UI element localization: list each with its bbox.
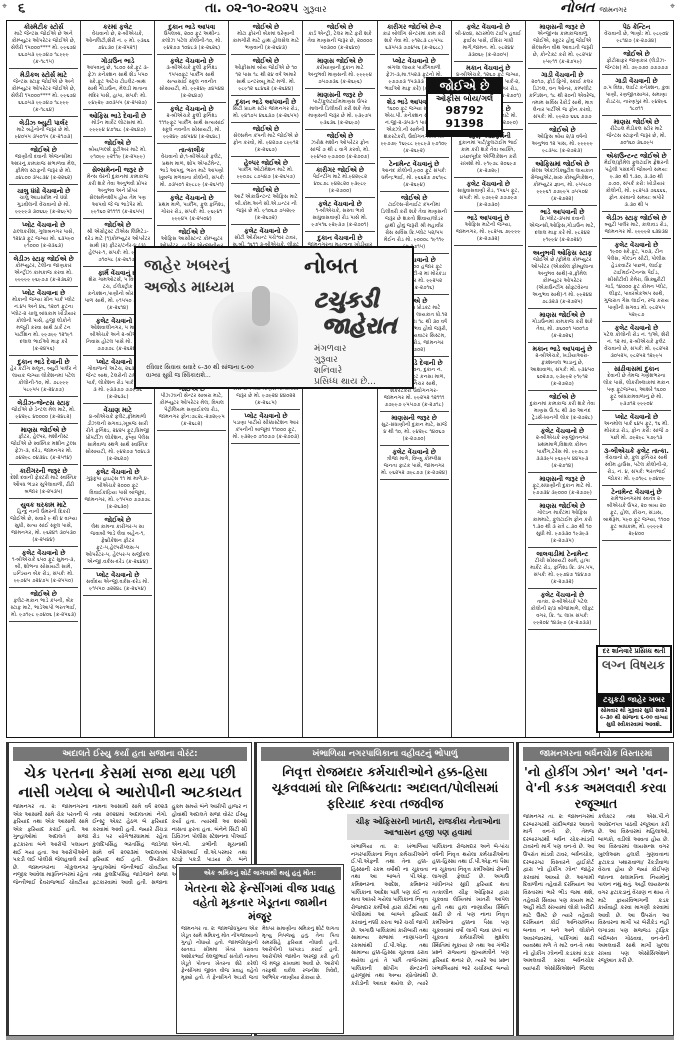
ad-title: લેડીઝ બ્યુટી પાર્લર xyxy=(10,119,77,127)
story-headline: ખેતરના શેઢે ફેન્સીંગમાં વીજ પ્રવાહ વહેતો… xyxy=(177,882,343,924)
classified-ad: સેલ્સમેનની જરૂર છેમેન્સ વેરની દુકાનમાં ક… xyxy=(83,164,152,219)
classified-ad: અનુભવી ઓફિસ સ્ટાફજોઈએ છે /ફીમેલ કોમ્પ્યુ… xyxy=(528,247,597,309)
ad-title: કારીગર જોઈએ છે xyxy=(306,166,373,174)
ad-text: ઝરોક્ષ મશીન ઓપરેટર ફોન સાંજે ૭ થી ૮ વાગે… xyxy=(306,140,373,161)
ad-text: ૩-બીએચકે ફુલી ફર્નિશ્ડ ૧૫૫૦ફૂટ પાર્કીંગ … xyxy=(158,65,225,100)
story-kicker: અદાલતે ઈસ્યુ કર્યા હતા સજાના વોરંટ: xyxy=(13,747,247,761)
ad-text: સેલ્સમેન કંપની માટે જોઈએ છે ફોન કરવો, મો… xyxy=(232,133,299,154)
wanted-phone: 98792 91398 xyxy=(428,104,501,130)
classified-ad: ટેનામેન્ટ વેંચવાનું છેરામેશ્વરનગરમાં સ્વ… xyxy=(602,486,671,541)
classified-ad: માણસ જોઈએ છેગોલ્ડન માર્કેટમાં ઓફિસ કામમા… xyxy=(528,500,597,548)
classified-ad: માણસ જોઈએ છેરીટેઇલ મેડીકલ સ્ટોર માટે જેન… xyxy=(602,116,671,150)
ad-text: ૨૦૧૭, ફોર્ડ ફિગો, સ્કાઈ કલર ડિઝલ, વન ઓનર… xyxy=(529,79,596,121)
classified-ad: પ્લોટ વેંચવાનો છેપડાણા પાટીયે સીક્કાસ્ટે… xyxy=(231,410,300,444)
classified-ad: મકાન ભાડે આપવાનું છે૨-બીએચકે, ખડીયાઆરા-ફ… xyxy=(528,343,597,391)
classified-ad: જોઈએ છેટાઈલ્સ-ગ્રેનાઈટ કંપનીમાં ડિલીવરી … xyxy=(380,192,449,254)
ad-text: પાર્કીંગ ઓટોમેશન માટે મો. ૯૯૦૭૮ ૮૭૫૪૭ (ક… xyxy=(232,167,299,181)
ad-text: દેવાની છે તેમજ ગણેશભરના લોક પાસે, લોકરીબ… xyxy=(603,373,670,408)
classified-ad: જોઈએ છેકાર્ડ એન્ટ્રી, ટેલર માટે ફરી શકે … xyxy=(305,21,374,55)
ad-title: મકાન વેંચવાનું છે xyxy=(455,64,522,72)
edition-label: જામનગર xyxy=(599,6,627,14)
classified-ad: જોઈએ છેપીઝ્ઝાની સેન્ટર સાબરા માટે, કોમ્પ… xyxy=(157,383,226,431)
news-story-no-hawking: જામનગરના બર્ધનચોક વિસ્તારમાં 'નો હોકીંગ … xyxy=(516,742,674,1036)
ad-title: લેડીઝ-જેન્ટસ સ્ટાફ xyxy=(10,399,77,407)
classified-ad: ગોડાઉન ભાડેઆપવાનું છે, ૧૮૦૦ સ્કે.ફૂટ ૩-ફ… xyxy=(83,55,152,110)
classified-ad: એકાઉન્ટન્ટ જોઈએ છેમેઈલ/ફીમેલ ફુલટાઈમ ફ્ર… xyxy=(602,150,671,212)
classified-ad: ફલેટ વેંચવાનો છે૩-બીએચકે ફુલી ફર્નિશ્ડ ૧… xyxy=(157,55,226,103)
ad-text: ફૂટ,સંધાણીની દુકાન માટે મો. ૯૭૭૩૪ ૩૯૦૦૦ … xyxy=(529,483,596,497)
ad-text: દુકાનમાં પાર્ટ/ફુલટાઈમ ભાઈ કામ કરી શકે ત… xyxy=(455,140,522,175)
ad-title: ઓફિસ ભાડે દેવાની છે xyxy=(84,112,151,120)
ad-text: રીટેઇલ મેડીકલ સ્ટોર માટે જેન્ટસ સ્ટાફની … xyxy=(603,126,670,147)
ad-text: હેર કટીંગ સલૂન, બ્યુટી પાર્લર ને લાયક જગ… xyxy=(10,366,77,394)
ad-title: ઓફિસમાં જોઈએ છે xyxy=(529,160,596,168)
ad-text: જોઈએ છે ડેન્ટલ મેલ માટે, મો. ૯૪૨૯૮ ૪૦૦૦૦… xyxy=(10,407,77,421)
ad-text: વેંચવાનો છે, ૨-બીએચકે, ઓનલિટી,શેરી નં. ૯… xyxy=(84,31,151,52)
footer-rule xyxy=(6,1036,674,1040)
ad-text: બ્યુટી પાર્લર માટે, કાલાવડ રોડ, જામનગર મ… xyxy=(603,222,670,236)
ad-title: જોઈએ છે xyxy=(10,590,77,598)
ad-title: સાંઢીવાસમાં દુકાન xyxy=(603,365,670,373)
ad-title: માણસની જરૂર છે xyxy=(529,475,596,483)
ad-text: ફીટર, હેલ્પર, મશીનીસ્ટ જોઈએ છે સ્વસ્તિક … xyxy=(10,434,77,462)
story-kicker: ખંભાળિયા નગરપાલિકાના વહીવટનું ભોપાળું xyxy=(261,747,509,761)
ad-title: ૩-બીએચકે ફલેટ તાત્કા. xyxy=(603,447,670,455)
classified-ad: પેઠ કેન્ટિનવેંચવાની છે, ભાણો: મો. ૯૮૯૦૪ … xyxy=(602,21,671,48)
ad-text: આપવાનું છે, ૧૮૦૦ સ્કે.ફૂટ ૩-ફેઝ કનેક્શન … xyxy=(84,65,151,107)
ad-title: જોઈએ છે xyxy=(603,50,670,58)
ad-title: પ્લોટ વેંચવાનો છે xyxy=(84,571,151,579)
registration-mark-icon: ⌖ xyxy=(2,2,7,12)
ad-text: ૧-બીએચકે, સસ્તા ભાવે સાધુવાસવાણી રોડ પાસ… xyxy=(306,208,373,229)
classified-ad: વેંચાણ માટે૪-બીએચકે ફલેટ,ફીમમાળો ડીઝલની … xyxy=(83,404,152,466)
ad-text: વેંચવાનો છે,૧-બીએચકે ફલેટ, પ્રથમ માળ, શો… xyxy=(158,154,225,189)
ad-text: બી-૪૦૪, સ્ટારમોલ ટાઈપ હવાઈ ફાઈસ પાસે, ઈં… xyxy=(455,31,522,59)
classified-ad: જોઈએ છેઆર્ટ એકાઉન્ટન્ટ ઓફિસ માટે બી.કોમ.… xyxy=(231,184,300,225)
classified-ad: લેડીઝ સ્ટાફ જોઈએ છેકોમ્પ્યુટર, ટેલીના જા… xyxy=(9,253,78,287)
ad-text: જેન્ટસ સ્ટાફ જોઈએ છે અને કોમ્પ્યુટર ઓપરે… xyxy=(10,79,77,114)
ad-title: એકાઉન્ટન્ટ જોઈએ છે xyxy=(603,152,670,160)
classified-ad: પ્લોટ વેંચવાનો છેઅનમોલ પાર્ક ૬૪૫ ફૂટ, ૧૬… xyxy=(602,411,671,445)
issue-date: તા. ૦૨-૧૦-૨૦૨૫ ગુરૂવાર xyxy=(205,1,327,16)
ad-title: જોઈએ છે xyxy=(529,393,596,401)
ad-text: ત્રીજા માળે, વિષ્ણુ કોમ્પ્લેક્ષ જનતા ફાટ… xyxy=(381,456,448,477)
ad-title: માણસ જોઈએ છે xyxy=(529,311,596,319)
ad-title: પ્લોટ વેંચવાના છે xyxy=(10,289,77,297)
ad-title: માણસ જોઈએ છે xyxy=(306,57,373,65)
ad-text: જાણીતી દવાની એજન્સીમાં અંદરનું કામકાજ સં… xyxy=(10,154,77,182)
ad-text: કરીયાણાની દુકાન માટે અનુભવી માણસની મો. ૯… xyxy=(306,65,373,86)
classified-ad: જોઈએ છેસેલ્સમેન કંપની માટે જોઈએ છે ફોન ક… xyxy=(231,123,300,157)
classified-column: પેઠ કેન્ટિનવેંચવાની છે, ભાણો: મો. ૯૮૯૦૪ … xyxy=(600,21,673,737)
ad-title: યુવક ઘરકામ માટે xyxy=(10,501,77,509)
ad-text: સર્વોદય એન્જી.વર્કસ-દરેડ મો. ૯૧૫૫૦ ૭૨૨૪૮… xyxy=(84,579,151,593)
ad-title: ભાડે આપવાનું છે xyxy=(455,214,522,222)
day-4: પ્રસિધ્ધ થાય છે... xyxy=(314,377,376,388)
matrimonial-note: સોમવાર થી ગુરૂવાર સુધી સવારે ૯-૩૦ થી સાં… xyxy=(598,707,670,730)
ad-text: ૭.૫ વિઘા, લાઈટ કનેક્શન, કુવા પાણી, રણજીત… xyxy=(603,85,670,113)
ad-text: ઢાલ્લકરીશ, ગુલાબનગર પાસે, ૧૨૪૩ ફૂટ જગ્યા… xyxy=(10,229,77,250)
classified-ad: લેડીઝ-જેન્ટસ સ્ટાફજોઈએ છે ડેન્ટલ મેલ માટ… xyxy=(9,397,78,424)
classified-ad: માણસની જરૂર છેપાર્ટ/ફુલટાઈમમાણસ ઉપર માલન… xyxy=(305,89,374,130)
ad-text: ૪-બીએચકે ફલેટ,ફીમમાળો ડીઝલની સગવડ,ખૂબજ સ… xyxy=(84,414,151,463)
classified-ad: માણસની જરૂર છેફૂટ,સંધાણીની દુકાન માટે મો… xyxy=(528,473,597,500)
ad-title: જોઈએ છે xyxy=(381,194,448,202)
page-header: ⌖ ૬ તા. ૦૨-૧૦-૨૦૨૫ ગુરૂવાર નોબત જામનગર ⌖ xyxy=(0,0,680,20)
ad-text: ૨-બીએચકે ફુલી ફર્નિશ્ડ ૧૧૧૯ફૂટ પાર્કીંગ … xyxy=(158,113,225,141)
classified-ad: માણસની જરૂર છેએન્જીન્સ કામકાજવાળું જોઈએ,… xyxy=(528,21,597,69)
ad-text: માટે જેન્ટસ જોઈએ છે અને કોમ્પ્યુટર ઓપરેટ… xyxy=(10,31,77,66)
ad-title: દુકાન વેંચવાની છે xyxy=(306,234,373,242)
ad-title: જોઈએ છે xyxy=(232,186,299,194)
promo-line-1: જાહેર ખબરનું xyxy=(144,256,230,274)
ad-title: જોઈએ છે xyxy=(232,57,299,65)
ad-text: ગોડાઉનમાં કામકાજ કરી શકે તેવા, મો. ૭૬૦૦૧… xyxy=(529,319,596,340)
ad-text: ટાઈલ્સ-ગ્રેનાઈટ કંપનીમાં ડિલીવરી કરી શકે… xyxy=(381,202,448,251)
promo-title-2: જાહેરાત xyxy=(322,314,396,339)
ad-title: જોઈએ છે xyxy=(84,221,151,229)
classified-ad: ભાડે આપવાની છેક્રિ.પ્લોટ-૩૫માં દવાની એજન… xyxy=(528,206,597,247)
ad-text: ક્રિ.પ્લોટ-૩૫માં દવાની એજન્સી,ઓફિસ,ગોડાઉ… xyxy=(529,216,596,244)
classified-ad: ટેનામેન્ટ વેંચવાનું છેઆનંદ કોલોની,૯૦૦ ફૂ… xyxy=(380,158,449,192)
classified-ad: ફલેટ વેંચવાનો છે૧-બીએચકે, સસ્તા ભાવે સાધ… xyxy=(305,198,374,232)
classified-ad: ફલેટ વેંચવાનો છેપ્રથમ માળે, પાર્કીંગ, ફુ… xyxy=(157,192,226,226)
classified-ad: કરમાં ફલેટવેંચવાનો છે, ૨-બીએચકે, ઓનલિટી,… xyxy=(83,21,152,55)
ad-text: આર્ટ એકાઉન્ટન્ટ ઓફિસ માટે બી.કોમ.અને સી.… xyxy=(232,194,299,222)
date-text: તા. ૦૨-૧૦-૨૦૨૫ xyxy=(205,1,298,16)
ad-title: જોઈએ છે xyxy=(84,516,151,524)
story-body: જામનગર તા. ૨: જામજોધપુરના એક ખેડૂત સામે … xyxy=(177,924,343,984)
ad-title: લેડીઝ સ્ટાફ જોઈએ છે xyxy=(10,255,77,263)
classified-ad: દુકાન ભાડે આપવાઉપલબ્ધ, ૨૦૦ ફૂટ અથીન્ડ કલ… xyxy=(157,21,226,55)
wanted-box: જોઈએ છે ઓફીસ બોય/ગર્લ 98792 91398 xyxy=(426,77,503,137)
ad-title: માણસ જોઈએ છે xyxy=(529,502,596,510)
classified-ad: હેલ્પર જોઈએ છેપાર્કીંગ ઓટોમેશન માટે મો. … xyxy=(231,157,300,184)
ad-title: દુકાન ભાડે આપવા xyxy=(158,23,225,31)
ad-title: ફલેટ વેંચવાનો છે xyxy=(455,23,522,31)
ad-title: ફલેટ વેંચવાનો છે xyxy=(232,227,299,235)
ad-text: માટે બહેનોની જરૂર છે મો. ૯૪૦૫૫ ૩૫૦૧૫ (ક્… xyxy=(10,127,77,141)
matrimonial-box: દર શનિવારે પ્રસિધ્ધ થતી લગ્ન વિષયક ટચુકડ… xyxy=(596,645,672,733)
ad-text: મોટા ફોરની બેંકમાં ઘરેણાની કામગીરી માટે … xyxy=(232,31,299,52)
ad-title: મકાન ભાડે આપવાનું છે xyxy=(529,345,596,353)
ad-title: પ્લોટ વેંચવાનો છે xyxy=(232,412,299,420)
ad-title: ફલેટ વેંચવાનો છે xyxy=(529,427,596,435)
ad-title: પ્લોટ વેંચવાનો છે xyxy=(10,221,77,229)
ad-title: કારીગરની જરૂર છે xyxy=(10,467,77,475)
ad-text: કોમ્પ્યુટર, ટેલીના જાણકાર એન્ટ્રીઝ કામકા… xyxy=(10,263,77,284)
classified-ad: પ્લોટ વેંચવાનો છેઢાલ્લકરીશ, ગુલાબનગર પાસ… xyxy=(9,219,78,253)
classified-ad: દુકાન ભાડે આપવાની છેસિટી પ્રાઇમ સ્ટોર જા… xyxy=(231,96,300,123)
classified-ad: જોઈએ છેફલેટ-મકાન ભાડે કંપની, બેંક સ્ટાફ … xyxy=(9,588,78,622)
ad-title: અનુભવી ઓફિસ સ્ટાફ xyxy=(529,249,596,257)
classified-ad: ૩-બીએચકે ફલેટ તાત્કા.વેંચવાનો છે, ફુલ ફર… xyxy=(602,445,671,486)
promo-line-2: અજોડ માધ્યમ xyxy=(144,278,234,296)
ad-text: આનંદ કોલોની,૯૦૦ ફૂટ સંપર્ક: ધર્મેન્દ્રભા… xyxy=(381,168,448,189)
promo-days: મંગળવાર ગુરૂવાર શનિવારે પ્રસિધ્ધ થાય છે.… xyxy=(314,344,376,388)
matrimonial-band: ટચુકડી જાહેર ખબર xyxy=(598,693,670,707)
ad-title: ટેનામેન્ટ વેંચવાનું છે xyxy=(603,488,670,496)
ad-text: કાર્ડ એન્ટ્રી, ટેલર માટે ફરી શકે તેવા મા… xyxy=(306,31,373,52)
classified-ad: ફલેટ વેંચવાનો છેત્રીજા માળે, વિષ્ણુ કોમ્… xyxy=(380,446,449,480)
ad-text: મેન્સ વેરની દુકાનમાં કામકાજ કરી શકે તેવા… xyxy=(84,174,151,216)
ad-text: વેંચવાની છે, ભાણો: મો. ૯૮૯૦૪ ૯૮૧૪૭ (ક્ર-… xyxy=(603,31,670,45)
ad-title: ફલેટ વેંચવાનો છે xyxy=(381,448,448,456)
classified-ad: માણસ જોઈએ છેગોડાઉનમાં કામકાજ કરી શકે તેવ… xyxy=(528,309,597,343)
ad-text: ઓફિસ માટેની જગ્યા, જામનગર, મો. ૯૮૨૫૬ ૭૯૯… xyxy=(455,222,522,243)
classified-ad: માણસની જરૂર છેસુટ-સંધાણીની દુકાન માટે, સ… xyxy=(380,412,449,446)
ad-text: ઉપલબ્ધ, ૨૦૦ ફૂટ અથીન્ડ કલોઝ પટેલ કોલોની-… xyxy=(158,31,225,52)
classified-ad: યુવક ઘરકામ માટેહિન્દુ નાની ઉંમરની દિકરી … xyxy=(9,499,78,547)
ad-title: ફલેટ વેંચવાનો છે xyxy=(603,324,670,332)
ad-title: ટેનામેન્ટ વેંચવાનું છે xyxy=(381,160,448,168)
ad-title: લાલવાડીમાં ટેનામેન્ટ xyxy=(529,550,596,558)
ad-text: પડાણા પાટીયે સીક્કાસ્ટેશન આર કંપનીની બાજ… xyxy=(232,420,299,441)
classified-ad: ફલેટ વેંચવાનો છે૨-બીએચકે રણજીતનગર પ્રથમમ… xyxy=(528,425,597,473)
classified-ad: જોઈએ છેઝરોક્ષ મશીન ઓપરેટર ફોન સાંજે ૭ થી… xyxy=(305,130,374,164)
classified-ad: ઓફિસમાં જોઈએ છેસેલ્સ એક્ઝીક્યુટીવ લાયકાત… xyxy=(528,158,597,206)
story-kicker: જામનગરના બર્ધનચોક વિસ્તારમાં xyxy=(523,747,669,761)
thumbs-up-icon xyxy=(212,292,298,372)
ad-text: સેલ્સ એક્ઝીક્યુટીવ લાયકાત ગ્રેજ્યુએટ,સાર… xyxy=(529,168,596,203)
classified-ad: જોઈએ છેફોટોગ્રાફર જાણકાર (લેડીઝ-જેન્ટસ) … xyxy=(602,48,671,75)
classified-column: માણસની જરૂર છેએન્જીન્સ કામકાજવાળું જોઈએ,… xyxy=(526,21,600,737)
ad-text: ગોલ્ડન માર્કેટમાં ઓફિસ કામમાટે, ફુલટાઈમ … xyxy=(529,510,596,545)
ad-text: દેશી દવાની ફેક્ટરી માટે સ્વસ્તિક ઔષધ ભંડ… xyxy=(10,475,77,496)
ad-title: જોઈએ છે xyxy=(529,126,596,134)
classified-ad: માણસ જોઈએ છેકરીયાણાની દુકાન માટે અનુભવી … xyxy=(305,55,374,89)
ad-title: દુકાન ભાડે આપવાની છે xyxy=(232,98,299,106)
ad-title: ફલેટ વેંચવાનો છે xyxy=(84,468,151,476)
classified-ad: જોઈએ છેલેથ કામના કારીગર-૫ સા જવાબી ભાડે … xyxy=(83,514,152,569)
ad-title: જોઈએ છે xyxy=(84,139,151,147)
ad-title: મેડીકલ સ્ટોર્સ માટે xyxy=(10,71,77,79)
logo-text: નોબત xyxy=(560,0,594,16)
ad-text: કાઢ બોલીંગ સેન્ટરમાં કામ કરી શકે તેવા મો… xyxy=(381,31,448,52)
ad-title: ફલેટ વેંચવાનો છે xyxy=(455,180,522,188)
ad-title: સેલ્સમેનની જરૂર છે xyxy=(84,166,151,174)
ad-title: ફલેટ વેંચવાનો છે xyxy=(603,241,670,249)
ad-title: દુકાન ભાડે દેવાની છે xyxy=(10,358,77,366)
classified-ad: કોસ્મેટીક સ્ટોર્સમાટે જેન્ટસ જોઈએ છે અને… xyxy=(9,21,78,69)
promo-title-1: ટચુકડી xyxy=(314,288,378,313)
masthead-logo: નોબત જામનગર xyxy=(560,0,627,16)
classified-ad: કારીગરની જરૂર છેદેશી દવાની ફેક્ટરી માટે … xyxy=(9,465,78,499)
ad-text: પ્રથમ માળે, પાર્કીંગ, ફુલ ફર્નિશ્ડ, ગોરા… xyxy=(158,202,225,223)
ad-title: પ્લોટ વેંચવાનો છે xyxy=(603,413,670,421)
ad-text: સુટ-સંધાણીની દુકાન માટે, સાંજે ૪ થી ૧૦, … xyxy=(381,422,448,443)
day-2: ગુરૂવાર xyxy=(314,355,376,366)
story-subhead: ચીફ ઓફિસરની ખાતરી, રાજકીય નેતાઓના આશ્વાસ… xyxy=(347,814,509,840)
classified-ad: પ્લોટ વેંચવાના છેમોકાની જગ્યા ગ્રીન પાર્… xyxy=(9,287,78,356)
ad-title: જોઈએ છે xyxy=(232,23,299,31)
classified-ad: તાત્કાલીકવેંચવાનો છે,૧-બીએચકે ફલેટ, પ્રથ… xyxy=(157,144,226,192)
ad-title: ફલેટ વેંચવાનો છે xyxy=(158,194,225,202)
ad-text: પેઈન્ટીંગ માટે મો.૯૪૨૯૮૨ ૪૦૮૭૮ ૯૪૨૮૨૦ ૯૩… xyxy=(306,174,373,195)
ad-title: કરમાં ફલેટ xyxy=(84,23,151,31)
ad-title: ચાલુ ધંધો વેંચવાનો છે xyxy=(10,187,77,195)
ad-text: ચાલુ આઇસ્ક્રીમ નો ધંધો ગુડવીલની વેંચવાનો… xyxy=(10,195,77,216)
wanted-title: જોઈએ છે xyxy=(426,79,503,94)
classified-ad: ફલેટ વેંચવાનો છે૧-બીએચકે ૬૫૦ ફૂટ સુમન-૩,… xyxy=(9,547,78,588)
ad-text: દુકાનમાં કામકાજ કરી શકે તેવા માણસ ઉ.૧૮ થ… xyxy=(529,401,596,422)
ad-title: ફલેટ વેંચવાનો છે xyxy=(306,200,373,208)
ad-text: સિટી પ્રાઇમ સ્ટોર જામનગર રોડ, મો. ૯૪૧૭૫ … xyxy=(232,106,299,120)
classified-ad: ફલેટ વેંચવાનો છેસાધુવાસવાણી રોડ, ૧૫૬૫ ફૂ… xyxy=(454,178,523,212)
classified-ad: જોઈએ છેજાણીતી દવાની એજન્સીમાં અંદરનું કા… xyxy=(9,144,78,185)
ad-title: માણસ જોઈએ છે xyxy=(10,426,77,434)
ad-title: જોઈએ છે xyxy=(306,132,373,140)
day-1: મંગળવાર xyxy=(314,344,376,355)
story-body: ખંભાળિયા તા. ૨: ખંભાળિયા નગરપાલિકાના નિવ… xyxy=(347,842,513,990)
classified-ad: ભાડે આપવાનું છેઓફિસ માટેની જગ્યા, જામનગર… xyxy=(454,212,523,246)
ad-text: ઓફીસમાં બોય જોઈએ છે ૧૦ ૧૨ પાસ ૧૮ થી ૨૪ વ… xyxy=(232,65,299,93)
ad-text: પટેલ કોલોની રોડ નં. ૧/એ, શેરી નં. ૧૨ માં… xyxy=(603,332,670,360)
promo-note: રવિવાર સિવાય સવારે ૯-૩૦ થી સાંજના ૬-૦૦ વ… xyxy=(146,364,256,380)
nobat-promo-box: જાહેર ખબરનું અજોડ માધ્યમ નોબત ટચુકડી જાહ… xyxy=(134,246,414,389)
ad-title: માણસ જોઈએ છે xyxy=(603,118,670,126)
ad-title: માણસની જરૂર છે xyxy=(381,414,448,422)
ad-title: જોઈએ છે xyxy=(158,228,225,236)
ad-text: પાર્ટ/ફુલટાઈમમાણસ ઉપર માલની ડિલીવરી કરી … xyxy=(306,99,373,127)
weekday: ગુરૂવાર xyxy=(303,5,327,15)
ad-text: તાત્કા. ૨-બીએચકે પટેલ કોલોની ૨/૩ બીજામાળ… xyxy=(529,599,596,627)
classified-ad: જોઈએ છેઓફીસમાં બોય જોઈએ છે ૧૦ ૧૨ પાસ ૧૮ … xyxy=(231,55,300,96)
ad-text: ફલેટ-મકાન ભાડે કંપની, બેંક સ્ટાફ માટે, ભ… xyxy=(10,598,77,619)
classified-ad: ફલેટ વેંચવાનો છે૨-બીએચકે ફુલી ફર્નિશ્ડ ૧… xyxy=(157,103,226,144)
ad-title: જોઈએ છે xyxy=(232,125,299,133)
story-headline: ચેક પરતના કેસમાં સજા થયા પછી નાસી ગયેલા … xyxy=(9,764,251,802)
ad-text: ૧૯૦૦ સ્કે.ફૂટ, ૫૦૩, ટીન પેલેસ, ગોલ્ડન સી… xyxy=(603,249,670,319)
classified-ad: ગાડી વેંચવાની છે૨૦૧૭, ફોર્ડ ફિગો, સ્કાઈ … xyxy=(528,69,597,124)
ad-title: પેઠ કેન્ટિન xyxy=(603,23,670,31)
ad-text: બોય/ગર્લ્સ ફૂટીઅર માટે મો. ૯૧૦૯૯ ૯૨૧૧૯ (… xyxy=(84,147,151,161)
ad-text: જોઈએ છે /ફીમેલ કોમ્પ્યુટર ઓપરેટર (એક્સેલ… xyxy=(529,257,596,306)
classified-ad: મેડીકલ સ્ટોર્સ માટેજેન્ટસ સ્ટાફ જોઈએ છે … xyxy=(9,69,78,117)
ad-text: ફોટોગ્રાફર જાણકાર (લેડીઝ-જેન્ટસ) મો. ૭૯૭… xyxy=(603,58,670,72)
ad-title: ભાડે આપવાની છે xyxy=(529,208,596,216)
classified-ad: ફલેટ વેંચવાનો છેબી-૪૦૪, સ્ટારમોલ ટાઈપ હવ… xyxy=(454,21,523,62)
ad-text: વેંચવાનો છે, ફુલ ફર્નિચર સાથે સ્વીમ હાઉસ… xyxy=(603,455,670,483)
matrimonial-title: લગ્ન વિષયક xyxy=(598,657,670,693)
classified-ad: ઓફિસ ભાડે દેવાની છેમોર્ડન માર્કેટ લોટસમા… xyxy=(83,110,152,137)
ad-title: ગોડાઉન ભાડે xyxy=(84,57,151,65)
classified-ad: ફલેટ વેંચવાનો છેપટેલ કોલોની રોડ નં. ૧/એ,… xyxy=(602,322,671,363)
ad-text: હિન્દુ નાની ઉંમરની દિકરી જોઈએ છે, સવારે … xyxy=(10,509,77,544)
classified-ad: લેડીઝ બ્યુટી પાર્લરમાટે બહેનોની જરૂર છે … xyxy=(9,117,78,144)
ad-title: હેલ્પર જોઈએ છે xyxy=(232,159,299,167)
ad-title: માણસની જરૂર છે xyxy=(306,91,373,99)
classified-ad: જોઈએ છેબોય/ગર્લ્સ ફૂટીઅર માટે મો. ૯૧૦૯૯ … xyxy=(83,137,152,164)
ad-text: એન્જીન્સ કામકાજવાળું જોઈએ, સ્કૂટર હોવું … xyxy=(529,31,596,66)
ad-text: અનમોલ પાર્ક ૬૪૫ ફૂટ, ૧૬ મી. મોરકંડા રોડ,… xyxy=(603,421,670,442)
ad-title: લેડીઝ સ્ટાફ જોઈએ છે xyxy=(603,214,670,222)
day-3: શનિવારે xyxy=(314,366,376,377)
ad-title: વેંચાણ માટે xyxy=(84,406,151,414)
ad-title: માણસની જરૂર છે xyxy=(529,23,596,31)
classified-ad: જરૂર, આર્ટફર્મનીદુકાનમાં પાર્ટ/ફુલટાઈમ ભ… xyxy=(454,130,523,178)
ad-text: રામેશ્વરનગરમાં સ્વતંત્ર ૨-બીએચકે ઉપર, ૨૦… xyxy=(603,496,670,538)
ad-title: કારીગર જોઈએ છે-૨ xyxy=(381,23,448,31)
ad-text: ૨-બીએચકે, ખડીયાઆરા-ફંક્શનાલ ભાડાનું છે, … xyxy=(529,353,596,388)
classified-ad: ફલેટ વેંચવાનો છેગુરૂકૃપા હાઇટ્સ ૧૧ માં મ… xyxy=(83,466,152,514)
wanted-role: ઓફીસ બોય/ગર્લ xyxy=(428,94,501,104)
ad-title: કોસ્મેટીક સ્ટોર્સ xyxy=(10,23,77,31)
ad-text: ટીચી સોસાયટી સામે, હાપા માર્કેટ રોડ, ફર્… xyxy=(529,558,596,586)
ad-text: મોકાની જગ્યા ગ્રીન પાર્ક પ્લોટ નં.૪૫ અને… xyxy=(10,297,77,353)
classified-ad: ગાડી વેંચવાની છે૭.૫ વિઘા, લાઈટ કનેક્શન, … xyxy=(602,75,671,116)
story-headline: 'નો હોકીંગ ઝોન' અને 'વન-વે'ની કડક અમલવાર… xyxy=(519,764,673,812)
ad-text: ૨-બીએચકે રણજીતનગર પ્રથમમાળે,વિશાલ કોમન પ… xyxy=(529,435,596,470)
classified-ad: જોઈએ છેઓફિસ બોય ૨/૩ વર્ષનો અનુભવ ૧૨ પાસ,… xyxy=(528,124,597,158)
ad-title: તાત્કાલીક xyxy=(158,146,225,154)
ad-title: જોઈએ છે xyxy=(10,146,77,154)
ad-text: ઓફિસ બોય ૨/૩ વર્ષનો અનુભવ ૧૨ પાસ, મો. ૯૯… xyxy=(529,134,596,155)
story-headline: નિવૃત્ત રોજમદાર કર્મચારીઓને હક્ક-હિસા ચૂ… xyxy=(257,764,513,812)
ad-text: મેઈલ/ફીમેલ ફુલટાઈમ ફ્રેશરની પહેલી પસંદગી… xyxy=(603,160,670,209)
story-kicker: એક શ્રમિકનું શોર્ટ લાગવાથી થયું હતું મોત… xyxy=(179,867,341,880)
classified-ad: લાલવાડીમાં ટેનામેન્ટટીચી સોસાયટી સામે, હ… xyxy=(528,548,597,589)
classified-ad: કારીગર જોઈએ છે-૨કાઢ બોલીંગ સેન્ટરમાં કામ… xyxy=(380,21,449,55)
classified-ad: દુકાન ભાડે દેવાની છેહેર કટીંગ સલૂન, બ્યુ… xyxy=(9,356,78,397)
classified-ad: જોઈએ છેદુકાનમાં કામકાજ કરી શકે તેવા માણસ… xyxy=(528,391,597,425)
ad-text: પીઝ્ઝાની સેન્ટર સાબરા માટે, કોમ્પ્યુટર ઓ… xyxy=(158,393,225,428)
classified-ad: ફલેટ વેંચવાનો છે૧૯૦૦ સ્કે.ફૂટ, ૫૦૩, ટીન … xyxy=(602,239,671,322)
ad-text: રીસેપ્શન માટે માણસ તાત્કાલીક જરૂર છે મો.… xyxy=(232,386,299,407)
news-story-fencing: એક શ્રમિકનું શોર્ટ લાગવાથી થયું હતું મોત… xyxy=(176,864,344,1034)
promo-brand: નોબત xyxy=(304,254,358,279)
ad-title: ફલેટ વેંચવાનો છે xyxy=(529,591,596,599)
classified-ad: કારીગર જોઈએ છેપેઈન્ટીંગ માટે મો.૯૪૨૯૮૨ ૪… xyxy=(305,164,374,198)
classified-ad: ફલેટ વેંચવાનો છેતાત્કા. ૨-બીએચકે પટેલ કો… xyxy=(528,589,597,630)
ad-title: જોઈએ છે xyxy=(306,23,373,31)
ad-text: સાધુવાસવાણી રોડ, ૧૫૬૫ ફૂટ, સંપર્ક: મો. ૯… xyxy=(455,188,522,209)
registration-mark-icon: ⌖ xyxy=(670,2,675,12)
classified-column: કોસ્મેટીક સ્ટોર્સમાટે જેન્ટસ જોઈએ છે અને… xyxy=(7,21,81,737)
classified-ad: ચાલુ ધંધો વેંચવાનો છેચાલુ આઇસ્ક્રીમ નો ધ… xyxy=(9,185,78,219)
ad-title: ફલેટ વેંચવાનો છે xyxy=(158,105,225,113)
classified-ad: સાંઢીવાસમાં દુકાનદેવાની છે તેમજ ગણેશભરના… xyxy=(602,363,671,411)
ad-text: ૧-બીએચકે ૬૫૦ ફૂટ સુમન-૩, બી, શોભના સોસાય… xyxy=(10,557,77,585)
ad-text: લેથ કામના કારીગર-૫ સા જવાબી ભાડે લેવા બહ… xyxy=(84,524,151,566)
ad-title: પ્લોટ વેંચવાનો છે xyxy=(381,57,448,65)
ad-title: ફલેટ વેંચવાનો છે xyxy=(158,57,225,65)
ad-title: ફલેટ વેંચવાનો છે xyxy=(10,549,77,557)
story-body: જામનગર તા. ૨: જામનગરમાં દરબારગઢથી ચાંદીબ… xyxy=(519,812,673,975)
ad-text: ગુરૂકૃપા હાઇટ્સ ૧૧ માં માળે,૪-બીએચકે ૨૦૦… xyxy=(84,476,151,511)
page-number: ૬ xyxy=(18,1,25,16)
classified-ad: પ્લોટ વેંચવાનો છેસર્વોદય એન્જી.વર્કસ-દરે… xyxy=(83,569,152,596)
matrimonial-top: દર શનિવારે પ્રસિધ્ધ થતી xyxy=(598,647,670,657)
ad-text: મોર્ડન માર્કેટ લોટસમાં મો. ૯૯૯૯૪ ૪૭૧૬૮ (… xyxy=(84,120,151,134)
classified-ad: લેડીઝ સ્ટાફ જોઈએ છેબ્યુટી પાર્લર માટે, ક… xyxy=(602,212,671,239)
ad-title: ગાડી વેંચવાની છે xyxy=(529,71,596,79)
ad-title: ગાડી વેંચવાની છે xyxy=(603,77,670,85)
classified-ad: માણસ જોઈએ છેફીટર, હેલ્પર, મશીનીસ્ટ જોઈએ … xyxy=(9,424,78,465)
classified-ad: જોઈએ છેમોટા ફોરની બેંકમાં ઘરેણાની કામગીર… xyxy=(231,21,300,55)
